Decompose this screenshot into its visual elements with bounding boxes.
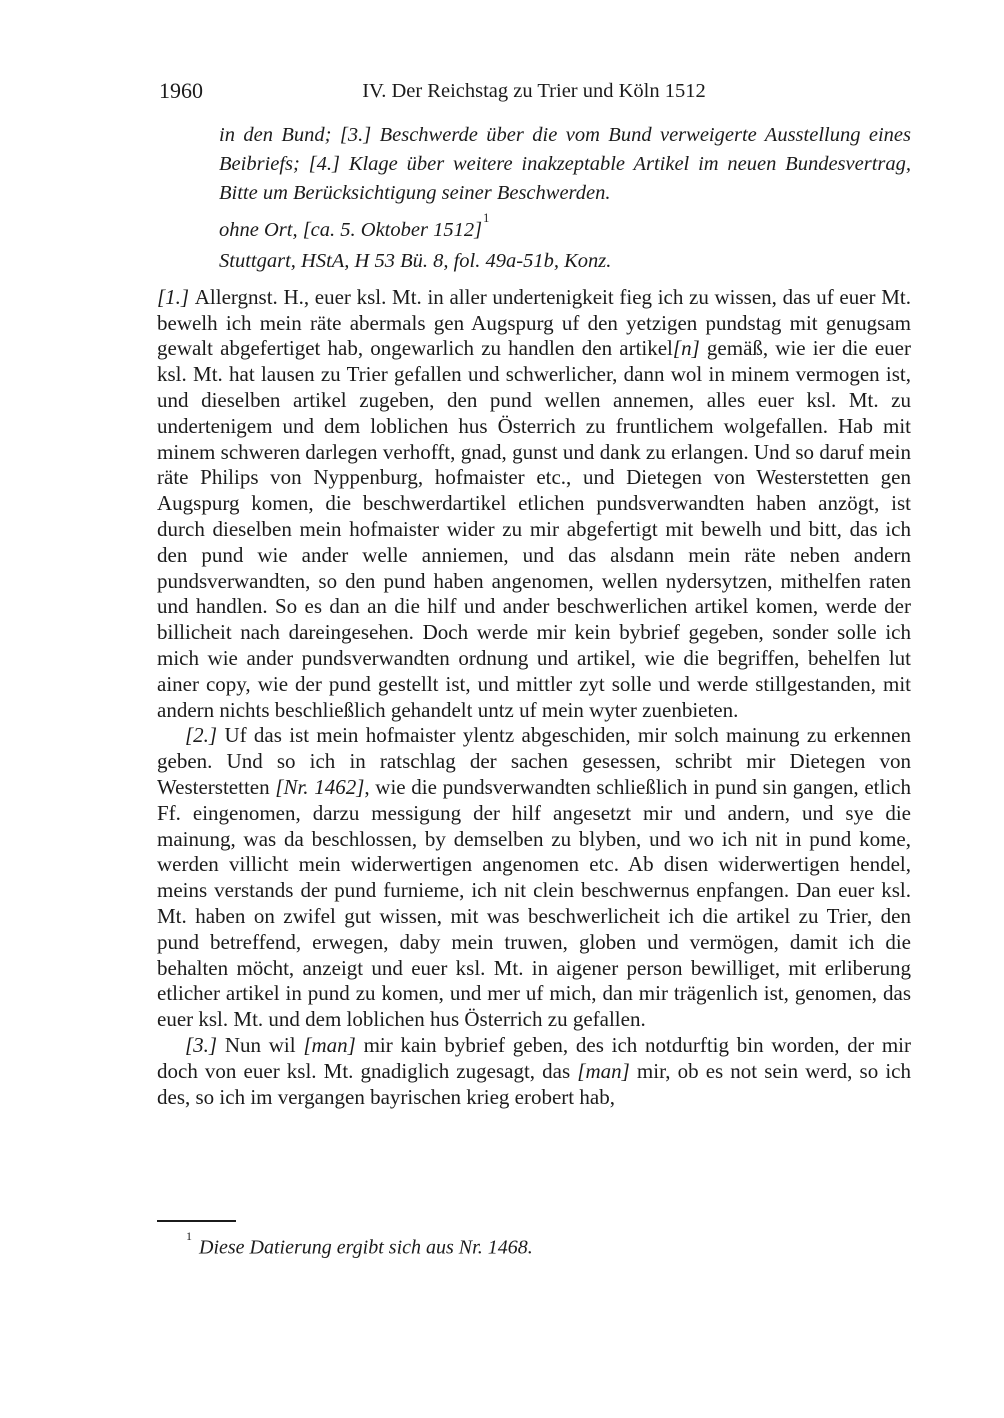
footnote-rule bbox=[157, 1220, 236, 1222]
footnote-area: 1 Diese Datierung ergibt sich aus Nr. 14… bbox=[157, 1220, 911, 1261]
page-header: 1960 IV. Der Reichstag zu Trier und Köln… bbox=[157, 0, 911, 104]
body-paragraph-3: [3.] Nun wil [man] mir kain bybrief gebe… bbox=[157, 1033, 911, 1110]
page-number: 1960 bbox=[159, 78, 203, 104]
archive-source-line: Stuttgart, HStA, H 53 Bü. 8, fol. 49a-51… bbox=[219, 247, 911, 276]
body-paragraph-2: [2.] Uf das ist mein hofmaister ylentz a… bbox=[157, 723, 911, 1033]
dateline: ohne Ort, [ca. 5. Oktober 1512]1 bbox=[219, 210, 911, 245]
text-column: 1960 IV. Der Reichstag zu Trier und Köln… bbox=[157, 0, 911, 1110]
regest-abstract: in den Bund; [3.] Beschwerde über die vo… bbox=[219, 121, 911, 208]
body-paragraph-1: [1.] Allergnst. H., euer ksl. Mt. in all… bbox=[157, 285, 911, 724]
running-head: IV. Der Reichstag zu Trier und Köln 1512 bbox=[157, 78, 911, 104]
footnote-1: 1 Diese Datierung ergibt sich aus Nr. 14… bbox=[157, 1230, 911, 1261]
regest-block: in den Bund; [3.] Beschwerde über die vo… bbox=[219, 121, 911, 276]
book-page: 1960 IV. Der Reichstag zu Trier und Köln… bbox=[0, 0, 1004, 1418]
document-body: [1.] Allergnst. H., euer ksl. Mt. in all… bbox=[157, 285, 911, 1111]
